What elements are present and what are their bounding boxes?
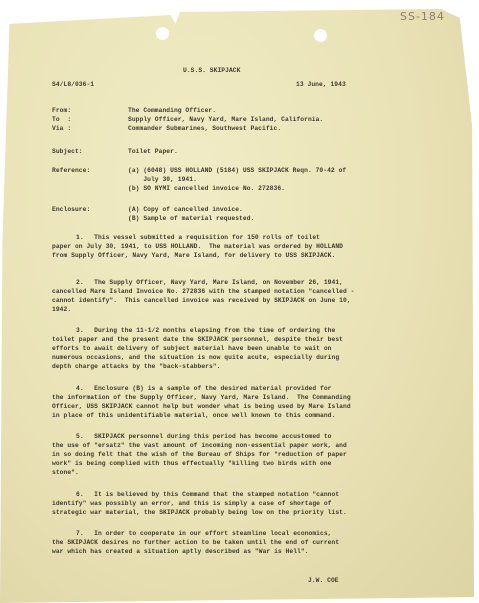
enclosure-b: (B) Sample of material requested. [128,214,254,223]
paragraph-line: depth charge attacks by the "back-stabbe… [52,362,220,371]
paragraph-line: This vessel submitted a requisition for … [52,233,320,242]
punch-hole [156,27,169,40]
paragraph-line: efforts to await delivery of subject mat… [52,344,332,353]
paragraph-line: numerous occasions, and the situation is… [52,353,339,362]
paragraph-line: The Supply Officer, Navy Yard, Mare Isla… [52,278,343,287]
paragraph-line: It is believed by this Command that the … [52,490,339,499]
paragraph-line: Enclosure (B) is a sample of the desired… [52,384,332,393]
paragraph-line: in place of this unidentifiable material… [52,411,335,420]
paragraph-line: Officer, USS SKIPJACK cannot help but wo… [52,402,351,411]
reference-label: Reference: [52,166,90,175]
from-value: The Commanding Officer. [128,106,216,115]
paragraph-line: the information of the Supply Officer, N… [52,393,351,402]
paragraph-line: identify" was possibly an error, and thi… [52,499,332,508]
paragraph-line: in so doing felt that the wish of the Bu… [52,450,347,459]
letter-date: 13 June, 1943 [296,80,346,89]
paragraph-line: toilet paper and the present date the SK… [52,335,343,344]
subject-value: Toilet Paper. [128,147,178,156]
paragraph-line: war which has created a situation aptly … [52,547,309,556]
via-value: Commander Submarines, Southwest Pacific. [128,124,281,133]
paragraph-line: cannot identify". This cancelled invoice… [52,296,351,305]
typed-letter-page: SS-184 U.S.S. SKIPJACK S4/L8/036-1 13 Ju… [0,6,474,603]
handwritten-file-number: SS-184 [400,10,445,23]
enclosure-a: (A) Copy of cancelled invoice. [128,205,243,214]
ship-name-heading: U.S.S. SKIPJACK [183,66,240,75]
paragraph-line: work" is being complied with thus effect… [52,459,332,468]
reference-code: S4/L8/036-1 [52,80,94,89]
reference-a-cont: July 30, 1941. [128,175,197,184]
paragraph-line: from Supply Officer, Navy Yard, Mare Isl… [52,251,335,260]
paragraph-line: stone". [52,468,79,477]
paragraph-line: strategic war material, the SKIPJACK pro… [52,508,347,517]
reference-a: (a) (6048) USS HOLLAND (5184) USS SKIPJA… [128,166,346,175]
subject-label: Subject: [52,147,83,156]
to-value: Supply Officer, Navy Yard, Mare Island, … [128,115,323,124]
paragraph-line: paper on July 30, 1941, to USS HOLLAND. … [52,242,343,251]
via-label: Via : [52,124,71,133]
signature: J.W. COE [308,576,339,585]
enclosure-label: Enclosure: [52,205,90,214]
paragraph-line: During the 11-1/2 months elapsing from t… [52,326,335,335]
from-label: From: [52,106,71,115]
paragraph-line: In order to cooperate in our effort stea… [52,529,332,538]
paragraph-line: SKIPJACK personnel during this period ha… [52,432,332,441]
paragraph-line: cancelled Mare Island Invoice No. 272836… [52,287,354,296]
paragraph-line: 1942. [52,305,71,314]
paragraph-line: the SKIPJACK desires no further action t… [52,538,339,547]
paragraph-line: the use of "ersatz" the vast amount of i… [52,441,347,450]
to-label: To : [52,115,71,124]
reference-b: (b) SO NYMI cancelled invoice No. 272836… [128,184,285,193]
punch-hole [314,29,327,42]
